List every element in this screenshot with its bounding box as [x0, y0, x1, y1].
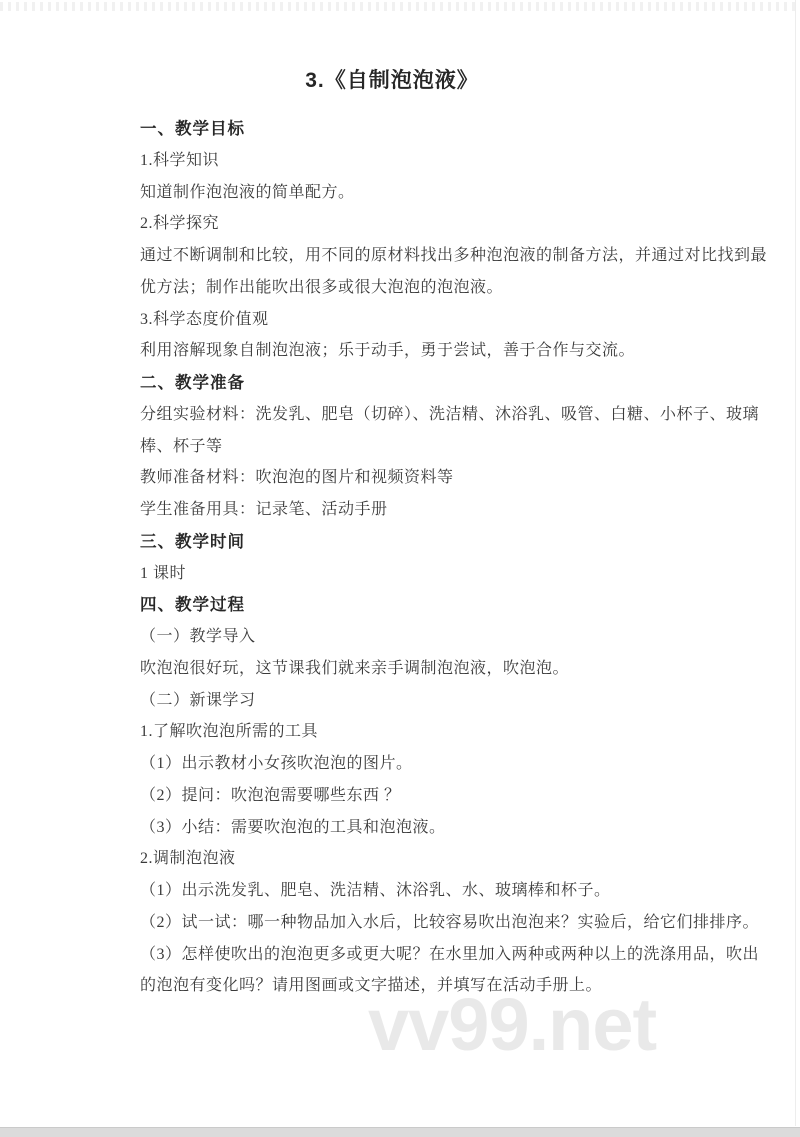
- text-line: 2.科学探究: [140, 213, 760, 245]
- text-line: 1 课时: [140, 563, 760, 595]
- text-line: 学生准备用具：记录笔、活动手册: [140, 499, 760, 531]
- page-bottom-edge: [0, 1127, 800, 1137]
- text-line: （1）出示洗发乳、肥皂、洗洁精、沐浴乳、水、玻璃棒和杯子。: [140, 880, 760, 912]
- text-line: （一）教学导入: [140, 626, 760, 658]
- text-line: 棒、杯子等: [140, 436, 760, 468]
- section-heading: 四、教学过程: [140, 594, 760, 626]
- text-line: 通过不断调制和比较，用不同的原材料找出多种泡泡液的制备方法，并通过对比找到最: [140, 245, 760, 277]
- text-line: （1）出示教材小女孩吹泡泡的图片。: [140, 753, 760, 785]
- text-line: （3）怎样使吹出的泡泡更多或更大呢？在水里加入两种或两种以上的洗涤用品，吹出: [140, 944, 760, 976]
- section-heading: 一、教学目标: [140, 118, 760, 150]
- section-heading: 二、教学准备: [140, 372, 760, 404]
- text-line: （2）试一试：哪一种物品加入水后，比较容易吹出泡泡来？实验后，给它们排排序。: [140, 912, 760, 944]
- text-line: 3.科学态度价值观: [140, 309, 760, 341]
- text-line: 知道制作泡泡液的简单配方。: [140, 182, 760, 214]
- document-body: 一、教学目标1.科学知识知道制作泡泡液的简单配方。2.科学探究通过不断调制和比较…: [140, 118, 760, 1007]
- section-heading: 三、教学时间: [140, 531, 760, 563]
- text-line: 1.了解吹泡泡所需的工具: [140, 721, 760, 753]
- text-line: 1.科学知识: [140, 150, 760, 182]
- text-line: 2.调制泡泡液: [140, 848, 760, 880]
- text-line: （2）提问：吹泡泡需要哪些东西 ？: [140, 785, 760, 817]
- page-right-edge-line: [795, 0, 796, 1126]
- text-line: 吹泡泡很好玩，这节课我们就来亲手调制泡泡液，吹泡泡。: [140, 658, 760, 690]
- text-line: （3）小结：需要吹泡泡的工具和泡泡液。: [140, 817, 760, 849]
- text-line: 分组实验材料：洗发乳、肥皂（切碎）、洗洁精、沐浴乳、吸管、白糖、小杯子、玻璃: [140, 404, 760, 436]
- document-title: 3.《自制泡泡液》: [0, 68, 784, 94]
- perforation-edge-decoration: [0, 2, 800, 11]
- text-line: 利用溶解现象自制泡泡液；乐于动手，勇于尝试，善于合作与交流。: [140, 340, 760, 372]
- watermark: vv99.net: [368, 985, 656, 1065]
- text-line: 优方法；制作出能吹出很多或很大泡泡的泡泡液。: [140, 277, 760, 309]
- text-line: （二）新课学习: [140, 690, 760, 722]
- document-page: 3.《自制泡泡液》 一、教学目标1.科学知识知道制作泡泡液的简单配方。2.科学探…: [0, 0, 800, 1137]
- text-line: 教师准备材料：吹泡泡的图片和视频资料等: [140, 467, 760, 499]
